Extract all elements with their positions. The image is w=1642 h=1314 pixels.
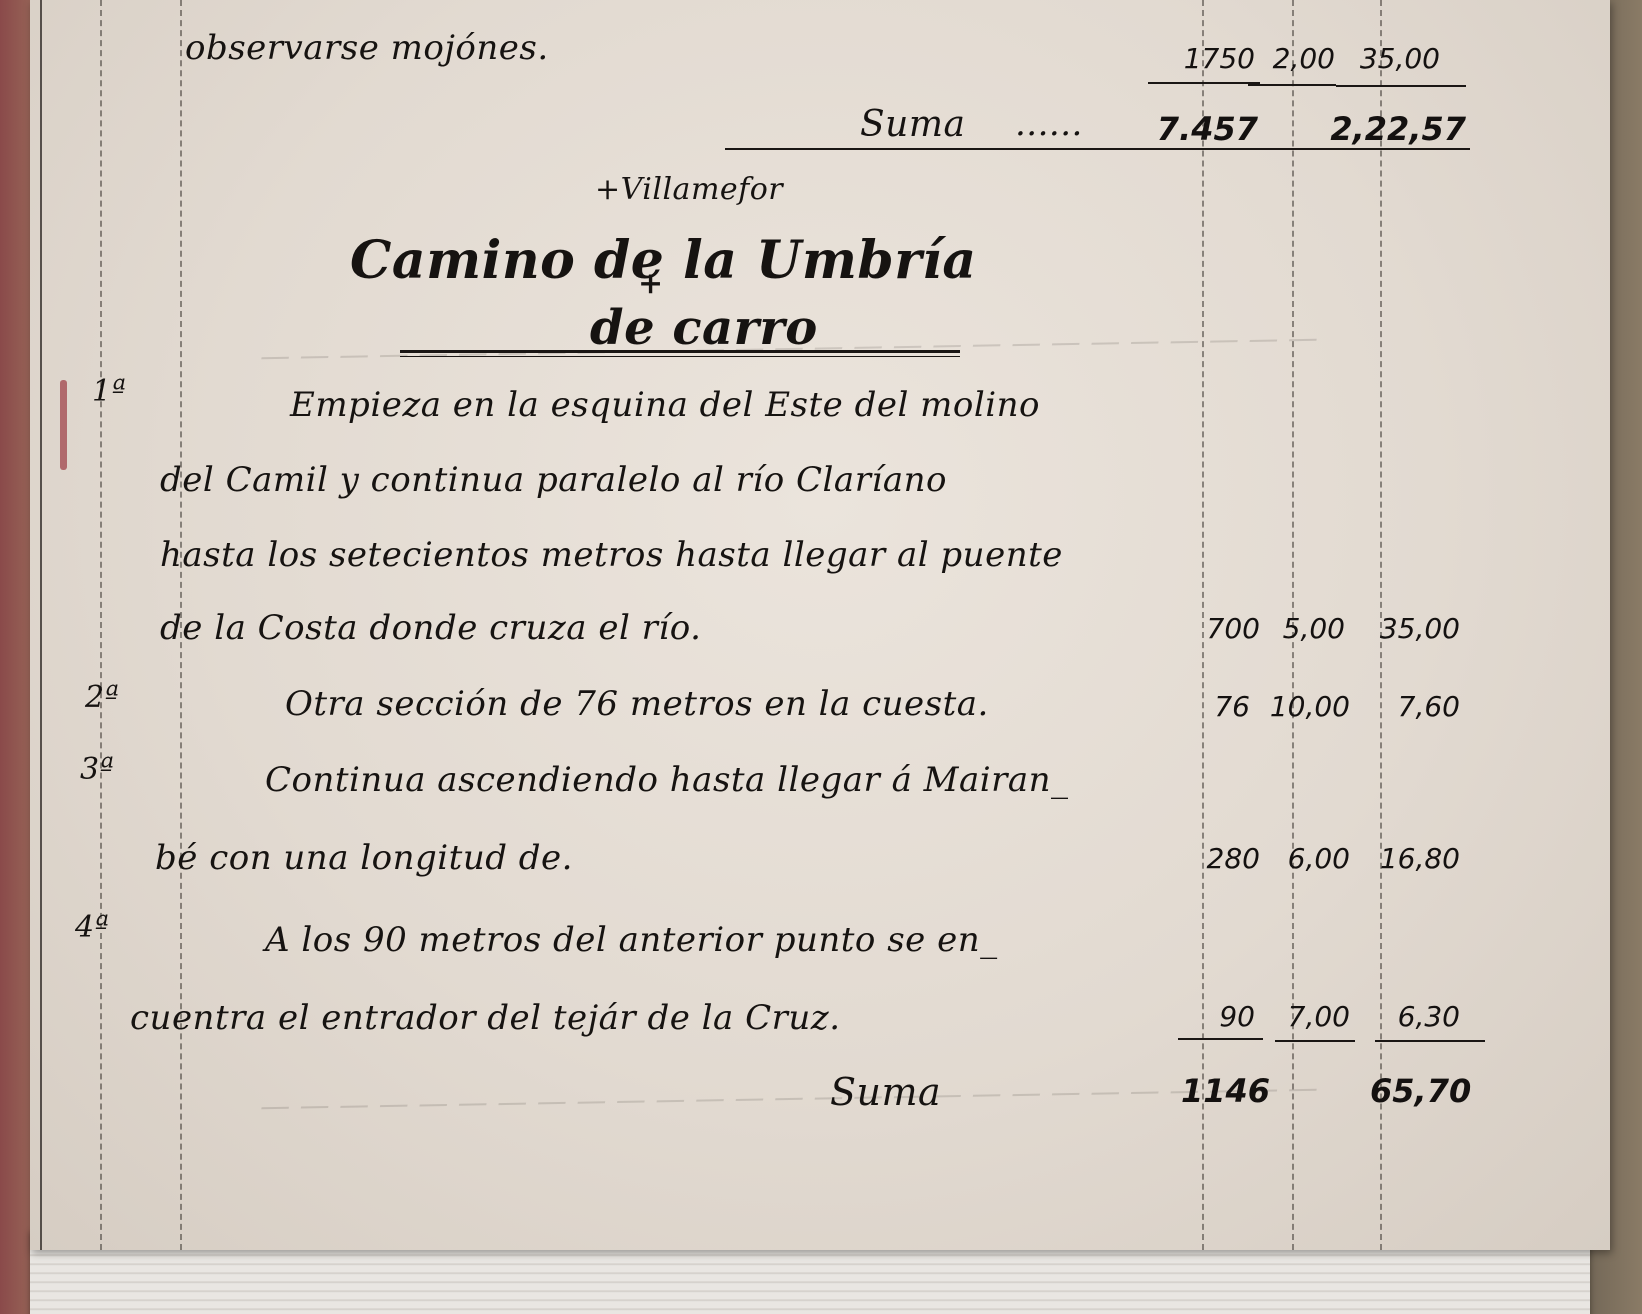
underline — [1375, 1040, 1485, 1042]
entry-text-line: hasta los setecientos metros hasta llega… — [160, 535, 1063, 575]
entry-text-line: de la Costa donde cruza el río. — [160, 608, 701, 648]
entry-importe: 7,60 — [1360, 690, 1460, 723]
entry-metros: 76 — [1180, 690, 1250, 723]
total-metros: 1146 — [1180, 1072, 1270, 1110]
entry-importe: 6,30 — [1360, 1000, 1460, 1033]
photo-scene: — — — — — — — — — — — — — — — — — — — — … — [0, 0, 1642, 1314]
entry-importe: 16,80 — [1360, 842, 1460, 875]
entry-precio: 7,00 — [1270, 1000, 1350, 1033]
entry-text-line: Empieza en la esquina del Este del molin… — [290, 385, 1040, 425]
carryover-suma-metros: 7.457 — [1140, 110, 1258, 148]
ledger-page: — — — — — — — — — — — — — — — — — — — — … — [30, 0, 1610, 1250]
carryover-importe: 35,00 — [1330, 42, 1440, 75]
entry-precio: 10,00 — [1260, 690, 1350, 723]
underline — [1248, 84, 1336, 86]
total-importe: 65,70 — [1370, 1072, 1470, 1110]
entry-precio: 6,00 — [1265, 842, 1350, 875]
entry-ordinal: 4ª — [75, 910, 109, 945]
page-edge-rule — [40, 0, 42, 1250]
entry-text-line: Otra sección de 76 metros en la cuesta. — [285, 684, 989, 724]
underline — [1336, 85, 1466, 87]
red-margin-mark — [60, 380, 67, 470]
title-insertion-mark: + — [638, 266, 664, 301]
entry-text-line: A los 90 metros del anterior punto se en… — [265, 920, 998, 960]
margin-rule-outer — [100, 0, 102, 1250]
entry-metros: 90 — [1180, 1000, 1255, 1033]
title-double-rule — [400, 350, 960, 357]
carryover-precio: 2,00 — [1240, 42, 1335, 75]
entry-ordinal: 1ª — [92, 374, 126, 409]
carryover-text-line: observarse mojónes. — [185, 28, 549, 68]
entry-precio: 5,00 — [1260, 612, 1345, 645]
entry-text-line: cuentra el entrador del tejár de la Cruz… — [130, 998, 841, 1038]
entry-ordinal: 2ª — [85, 680, 119, 715]
section-subtitle: de carro — [590, 300, 818, 356]
entry-metros: 280 — [1180, 842, 1260, 875]
entry-metros: 700 — [1180, 612, 1260, 645]
underline — [1275, 1040, 1355, 1042]
entry-text-line: del Camil y continua paralelo al río Cla… — [160, 460, 947, 500]
suma-rule — [725, 148, 1470, 150]
entry-ordinal: 3ª — [80, 752, 114, 787]
entry-importe: 35,00 — [1360, 612, 1460, 645]
carryover-suma-importe: 2,22,57 — [1330, 110, 1466, 148]
underline — [1148, 82, 1260, 84]
entry-text-line: bé con una longitud de. — [155, 838, 573, 878]
underline — [1178, 1038, 1263, 1040]
entry-text-line: Continua ascendiendo hasta llegar á Mair… — [265, 760, 1069, 800]
bleed-through-text: — — — — — — — — — — — — — — — — — — — — … — [260, 1071, 1318, 1124]
carryover-suma-label: Suma — [860, 104, 965, 145]
title-annotation: +Villamefor — [595, 172, 783, 207]
suma-leader-dots: ...... — [1015, 104, 1083, 144]
total-suma-label: Suma — [830, 1070, 941, 1114]
